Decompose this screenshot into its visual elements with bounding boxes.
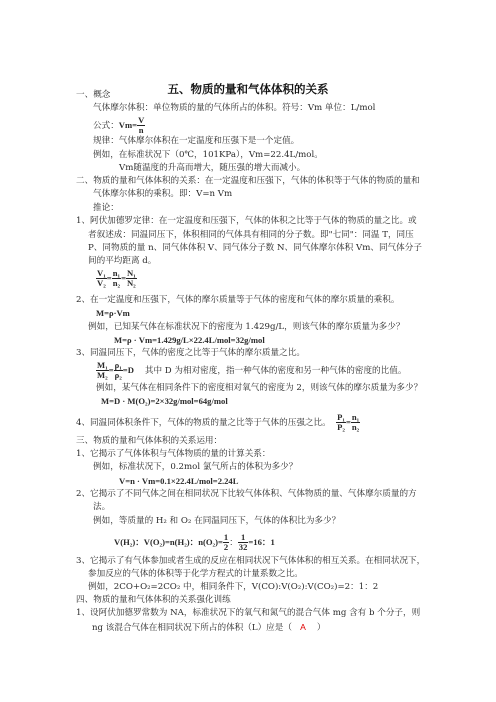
s3-item-3-line-1: 3、它揭示了有气体参加或者生成的反应在相同状况下气体体积的相互关系。在相同状况下… <box>76 556 425 567</box>
item-4-line: 4、同温同体积条件下，气体的物质的量之比等于气体的压强之比。 P₁P₂=n₁n₂ <box>76 413 360 432</box>
answer-mark: A <box>300 622 306 632</box>
item-3-formula-line: M₁M₂=ρ₁ρ₂=D 其中 D 为相对密度，指一种气体的密度和另一种气体的密度… <box>96 361 406 380</box>
s3-item-1: 1、它揭示了气体体积与气体物质的量的计算关系： <box>76 449 271 460</box>
s3-item-3-line-2: 参加反应的气体的体积等于化学方程式的计量系数之比。 <box>88 569 303 580</box>
item-1-line-3: P、同物质的量 n、同气体体积 V、同气体分子数 N、同气体摩尔体积 Vm、同气… <box>88 243 422 254</box>
avogadro-formula: V₁V₂=n₁n₂=N₁N₂ <box>96 269 137 288</box>
item-4-text: 4、同温同体积条件下，气体的物质的量之比等于气体的压强之比。 <box>76 418 331 428</box>
question-1-line-1: 1、设阿伏加德罗常数为 NA，标准状况下的氧气和氮气的混合气体 mg 含有 b … <box>76 608 420 619</box>
example-text: 例如，在标准状况下（0℃，101KPa），Vm=22.4L/mol。 <box>93 150 323 161</box>
note-text: Vm随温度的升高而增大，随压强的增大而减小。 <box>119 163 305 174</box>
item-1-line-1: 1、阿伏加德罗定律：在一定温度和压强下，气体的体积之比等于气体的物质的量之比。或 <box>76 216 417 227</box>
item-3-text: 3、同温同压下，气体的密度之比等于气体的摩尔质量之比。 <box>76 348 305 359</box>
section-2-heading: 二、物质的量和气体体积的关系：在一定温度和压强下，气体的体积等于气体的物质的量和 <box>76 176 420 187</box>
s3-item-2-line-1: 2、它揭示了不同气体之间在相同状况下比较气体体积、气体物质的量、气体摩尔质量的方 <box>76 489 417 500</box>
section-1-heading: 一、概念 <box>76 90 110 101</box>
inference-label: 推论： <box>93 203 119 214</box>
item-2-text: 2、在一定温度和压强下，气体的摩尔质量等于气体的密度和气体的摩尔质量的乘积。 <box>76 295 399 306</box>
item-3-example: 例如，某气体在相同条件下的密度相对氧气的密度为 2，则该气体的摩尔质量为多少？ <box>96 383 422 394</box>
page-title: 五、物质的量和气体体积的关系 <box>0 81 496 97</box>
formula-fraction: Vn <box>137 116 145 135</box>
formula-lhs: Vm= <box>119 120 137 130</box>
item-3-answer: M=D · M(O₂)=2×32g/mol=64g/mol <box>101 396 228 407</box>
formula-label: 公式： <box>93 121 119 131</box>
section-3-heading: 三、物质的量和气体体积的关系运用： <box>76 436 222 447</box>
s3-item-2-answer: V(H₂)：V(O₂)=n(H₂)：n(O₂)=12：132=16：1 <box>114 533 275 552</box>
s3-item-2-example: 例如，等质量的 H₂ 和 O₂ 在同温同压下，气体的体积比为多少？ <box>93 516 340 527</box>
section-4-heading: 四、物质的量和气体体积的关系强化训练 <box>76 595 231 606</box>
item-1-line-2: 者叙述成：同温同压下，体积相同的气体具有相同的分子数。即"七同"：同温 T，同压 <box>88 230 414 241</box>
item-2-example: 例如，已知某气体在标准状况下的密度为 1.429g/L，则该气体的摩尔质量为多少… <box>88 322 404 333</box>
question-1-line-2: ng 该混合气体在相同状况下所占的体积（L）应是（ A ） <box>92 622 325 634</box>
s3-item-1-example: 例如，标准状况下，0.2mol 氯气所占的体积为多少？ <box>93 462 297 473</box>
section-2-heading-cont: 气体摩尔体积的乘积。即：V=n Vm <box>93 189 232 200</box>
item-2-formula: M=ρ·Vm <box>96 308 130 319</box>
definition-text: 气体摩尔体积：单位物质的量的气体所占的体积。符号：Vm 单位：L/mol <box>93 103 375 114</box>
s3-item-1-answer: V=n · Vm=0.1×22.4L/mol=2.24L <box>119 476 238 487</box>
item-3-desc: 其中 D 为相对密度，指一种气体的密度和另一种气体的密度的比值。 <box>145 366 407 376</box>
item-4-fraction-p: P₁P₂ <box>336 413 346 432</box>
item-2-answer: M=ρ · Vm=1.429g/L×22.4L/mol=32g/mol <box>114 335 265 346</box>
s3-item-3-example: 例如，2CO+O₂=2CO₂ 中，相同条件下，V(CO):V(O₂):V(CO₂… <box>88 582 378 593</box>
s3-item-2-line-2: 法。 <box>93 502 110 513</box>
rule-text: 规律：气体摩尔体积在一定温度和压强下是一个定值。 <box>93 136 299 147</box>
item-1-line-4: 间的平均距离 d。 <box>88 256 156 267</box>
formula-line: 公式：Vm=Vn <box>93 116 145 135</box>
